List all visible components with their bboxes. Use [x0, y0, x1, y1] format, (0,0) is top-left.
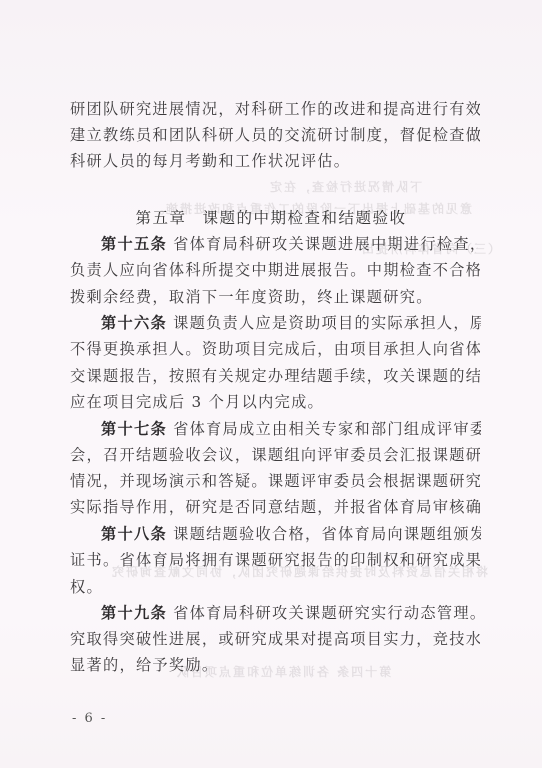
article-18-line: 第十八条 课题结题验收合格，省体育局向课题组颁发结题 — [101, 521, 481, 547]
article-label: 第十六条 — [101, 314, 167, 332]
article-label: 第十五条 — [101, 235, 167, 253]
paragraph-line: 究取得突破性进展，或研究成果对提高项目实力，竞技水平作用 — [70, 626, 480, 652]
paragraph-line: 实际指导作用，研究是否同意结题，并报省体育局审核确定。 — [70, 494, 480, 520]
article-label: 第十九条 — [101, 604, 167, 622]
show-through-text: 下队情况进行检查，在定 — [268, 178, 422, 195]
article-label: 第十八条 — [101, 525, 167, 543]
paragraph-line: 证书。省体育局将拥有课题研究报告的印制权和研究成果的使用 — [70, 547, 480, 573]
chapter-title: 课题的中期检查和结题验收 — [203, 209, 407, 227]
paragraph-line: 建立教练员和团队科研人员的交流研讨制度，督促检查做好驻队 — [70, 122, 480, 148]
article-text: 课题负责人应是资助项目的实际承担人，原则上 — [173, 314, 481, 332]
document-page: 下队情况进行检查，在定 意见的基础上提出下一阶段的工作重点和改进措施。 （三）向… — [0, 0, 542, 768]
article-text: 课题结题验收合格，省体育局向课题组颁发结题 — [173, 525, 481, 543]
article-text: 省体育局成立由相关专家和部门组成评审委员 — [173, 420, 481, 438]
article-15-line: 第十五条 省体育局科研攻关课题进展中期进行检查，课题 — [101, 231, 481, 257]
page-number: - 6 - — [72, 711, 107, 726]
paragraph-line: 负责人应向省体科所提交中期进展报告。中期检查不合格者，停 — [70, 257, 480, 283]
paragraph-line: 拨剩余经费，取消下一年度资助，终止课题研究。 — [70, 284, 480, 310]
article-16-line: 第十六条 课题负责人应是资助项目的实际承担人，原则上 — [101, 310, 481, 336]
paragraph-line: 权。 — [70, 574, 480, 600]
paragraph-line: 不得更换承担人。资助项目完成后，由项目承担人向省体科所提 — [70, 336, 480, 362]
article-17-line: 第十七条 省体育局成立由相关专家和部门组成评审委员 — [101, 416, 481, 442]
paragraph-line: 显著的，给予奖励。 — [70, 652, 480, 678]
chapter-number: 第五章 — [135, 209, 186, 227]
paragraph-line: 交课题报告，按照有关规定办理结题手续，攻关课题的结题工作 — [70, 363, 480, 389]
article-label: 第十七条 — [101, 420, 167, 438]
paragraph-line: 情况，并现场演示和答疑。课题评审委员会根据课题研究结果及 — [70, 468, 480, 494]
paragraph-line: 研团队研究进展情况，对科研工作的改进和提高进行有效管理， — [70, 96, 480, 122]
article-text: 省体育局科研攻关课题研究实行动态管理。对研 — [173, 604, 481, 622]
paragraph-line: 会，召开结题验收会议，课题组向评审委员会汇报课题研究工作 — [70, 442, 480, 468]
article-text: 省体育局科研攻关课题进展中期进行检查，课题 — [173, 235, 481, 253]
chapter-heading: 第五章课题的中期检查和结题验收 — [0, 205, 542, 231]
article-19-line: 第十九条 省体育局科研攻关课题研究实行动态管理。对研 — [101, 600, 481, 626]
paragraph-line: 应在项目完成后 3 个月以内完成。 — [70, 389, 480, 415]
paragraph-line: 科研人员的每月考勤和工作状况评估。 — [70, 148, 480, 174]
